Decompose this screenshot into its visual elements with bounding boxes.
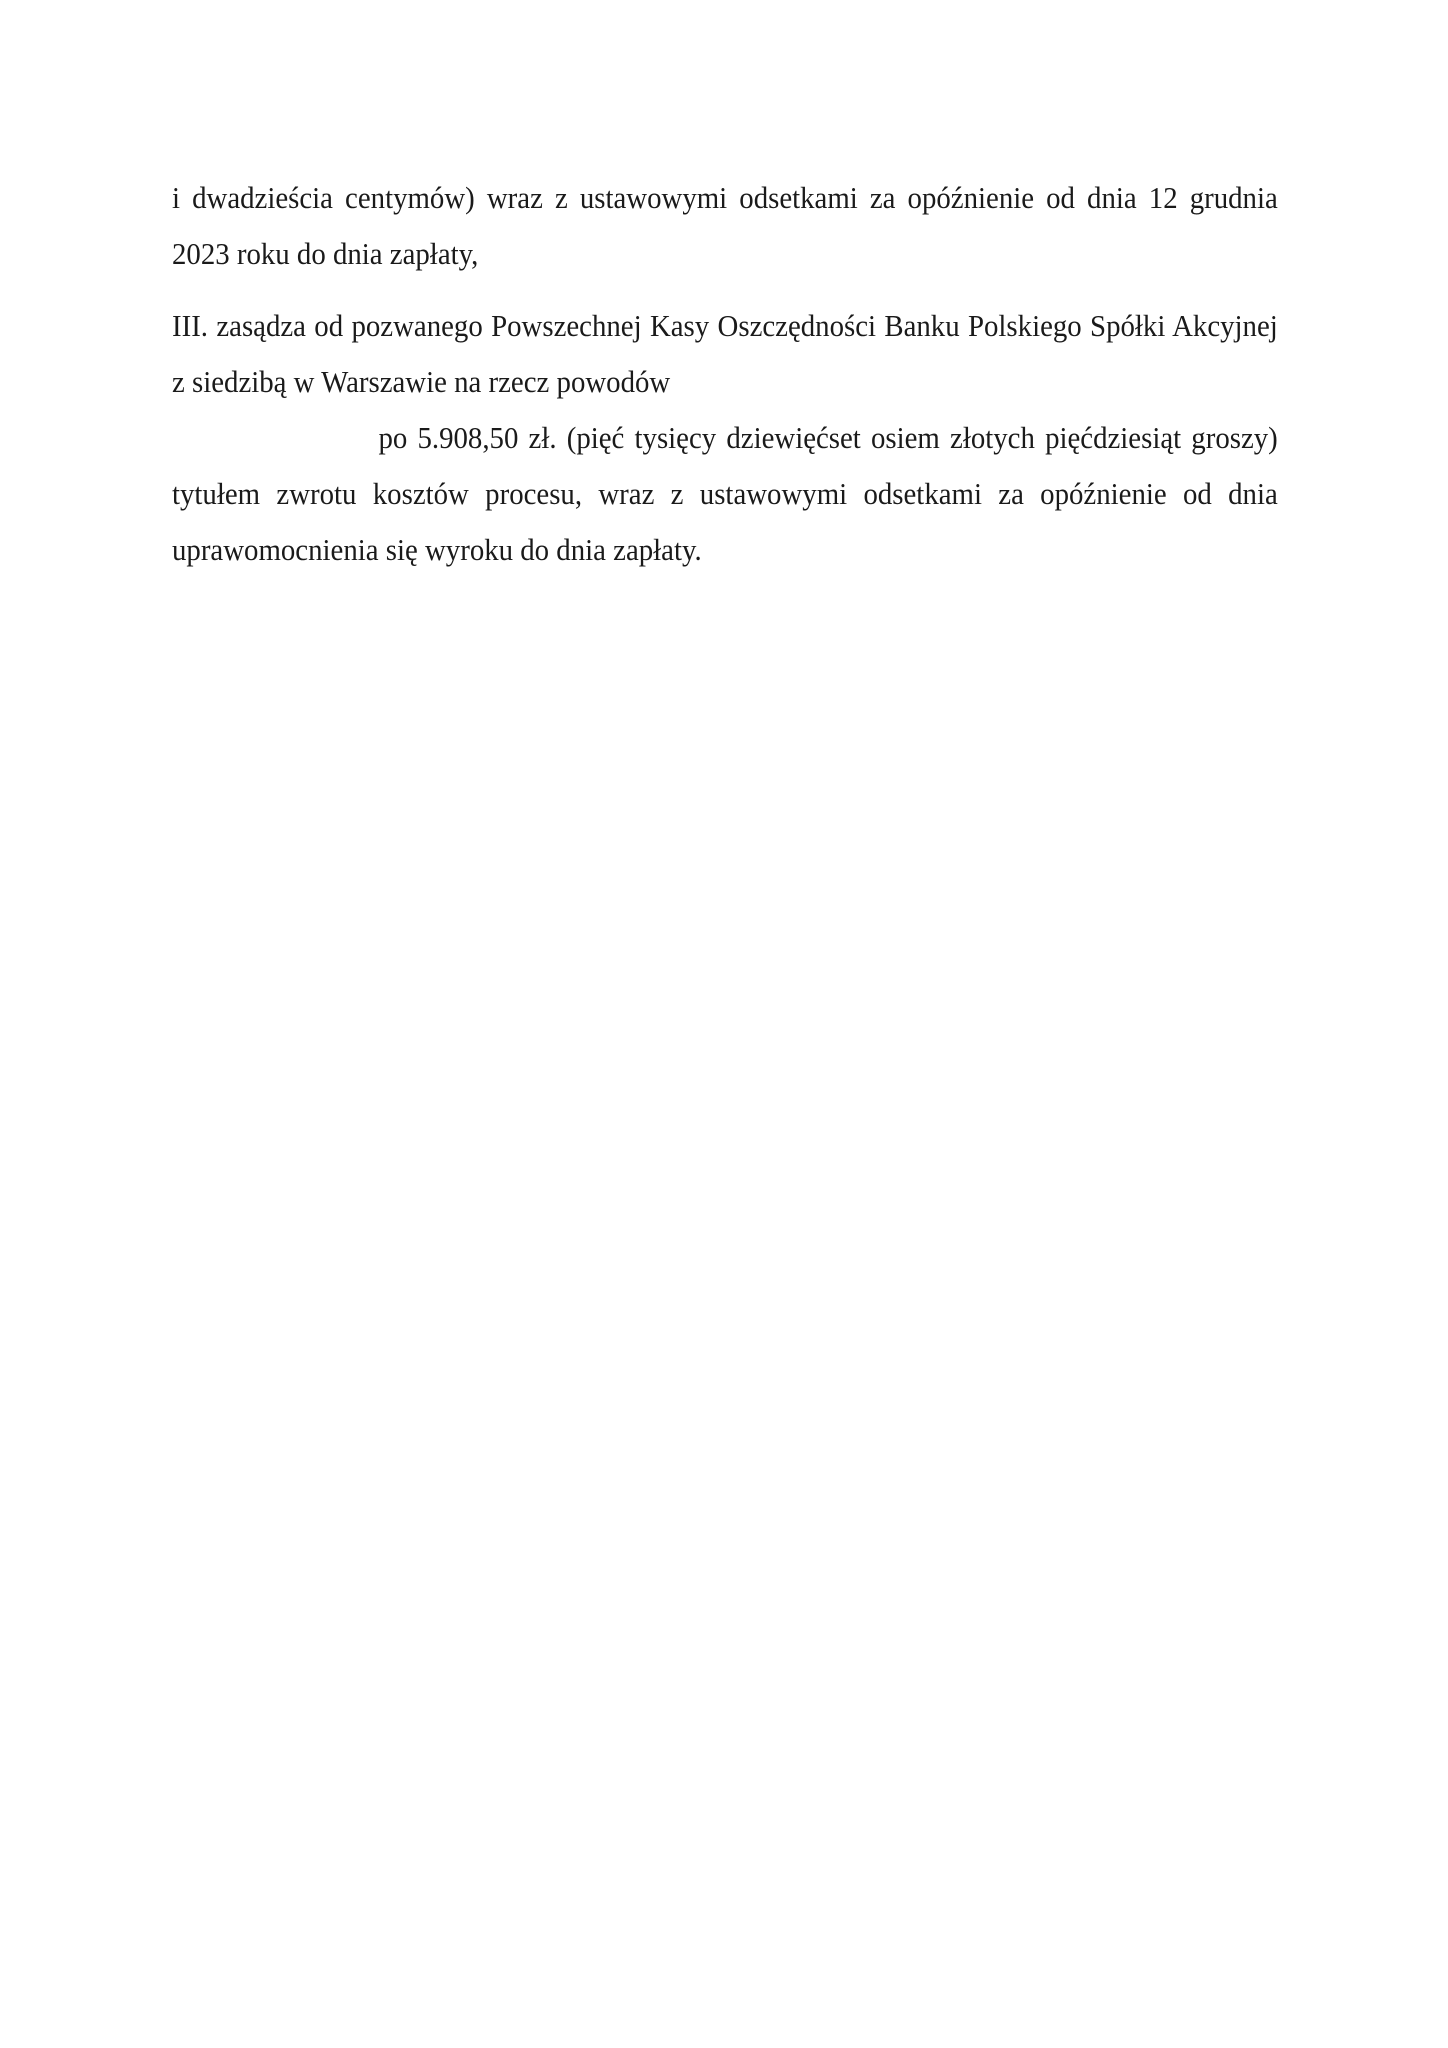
item-iii-text: III. zasądza od pozwanego Powszechnej Ka… <box>172 308 1278 399</box>
document-page: i dwadzieścia centymów) wraz z ustawowym… <box>172 170 1278 578</box>
item-iii-amount-text: po 5.908,50 zł. (pięć tysięcy dziewięćse… <box>172 420 1278 567</box>
paragraph-item-iii: III. zasądza od pozwanego Powszechnej Ka… <box>172 298 1278 578</box>
paragraph-continuation: i dwadzieścia centymów) wraz z ustawowym… <box>172 170 1278 282</box>
